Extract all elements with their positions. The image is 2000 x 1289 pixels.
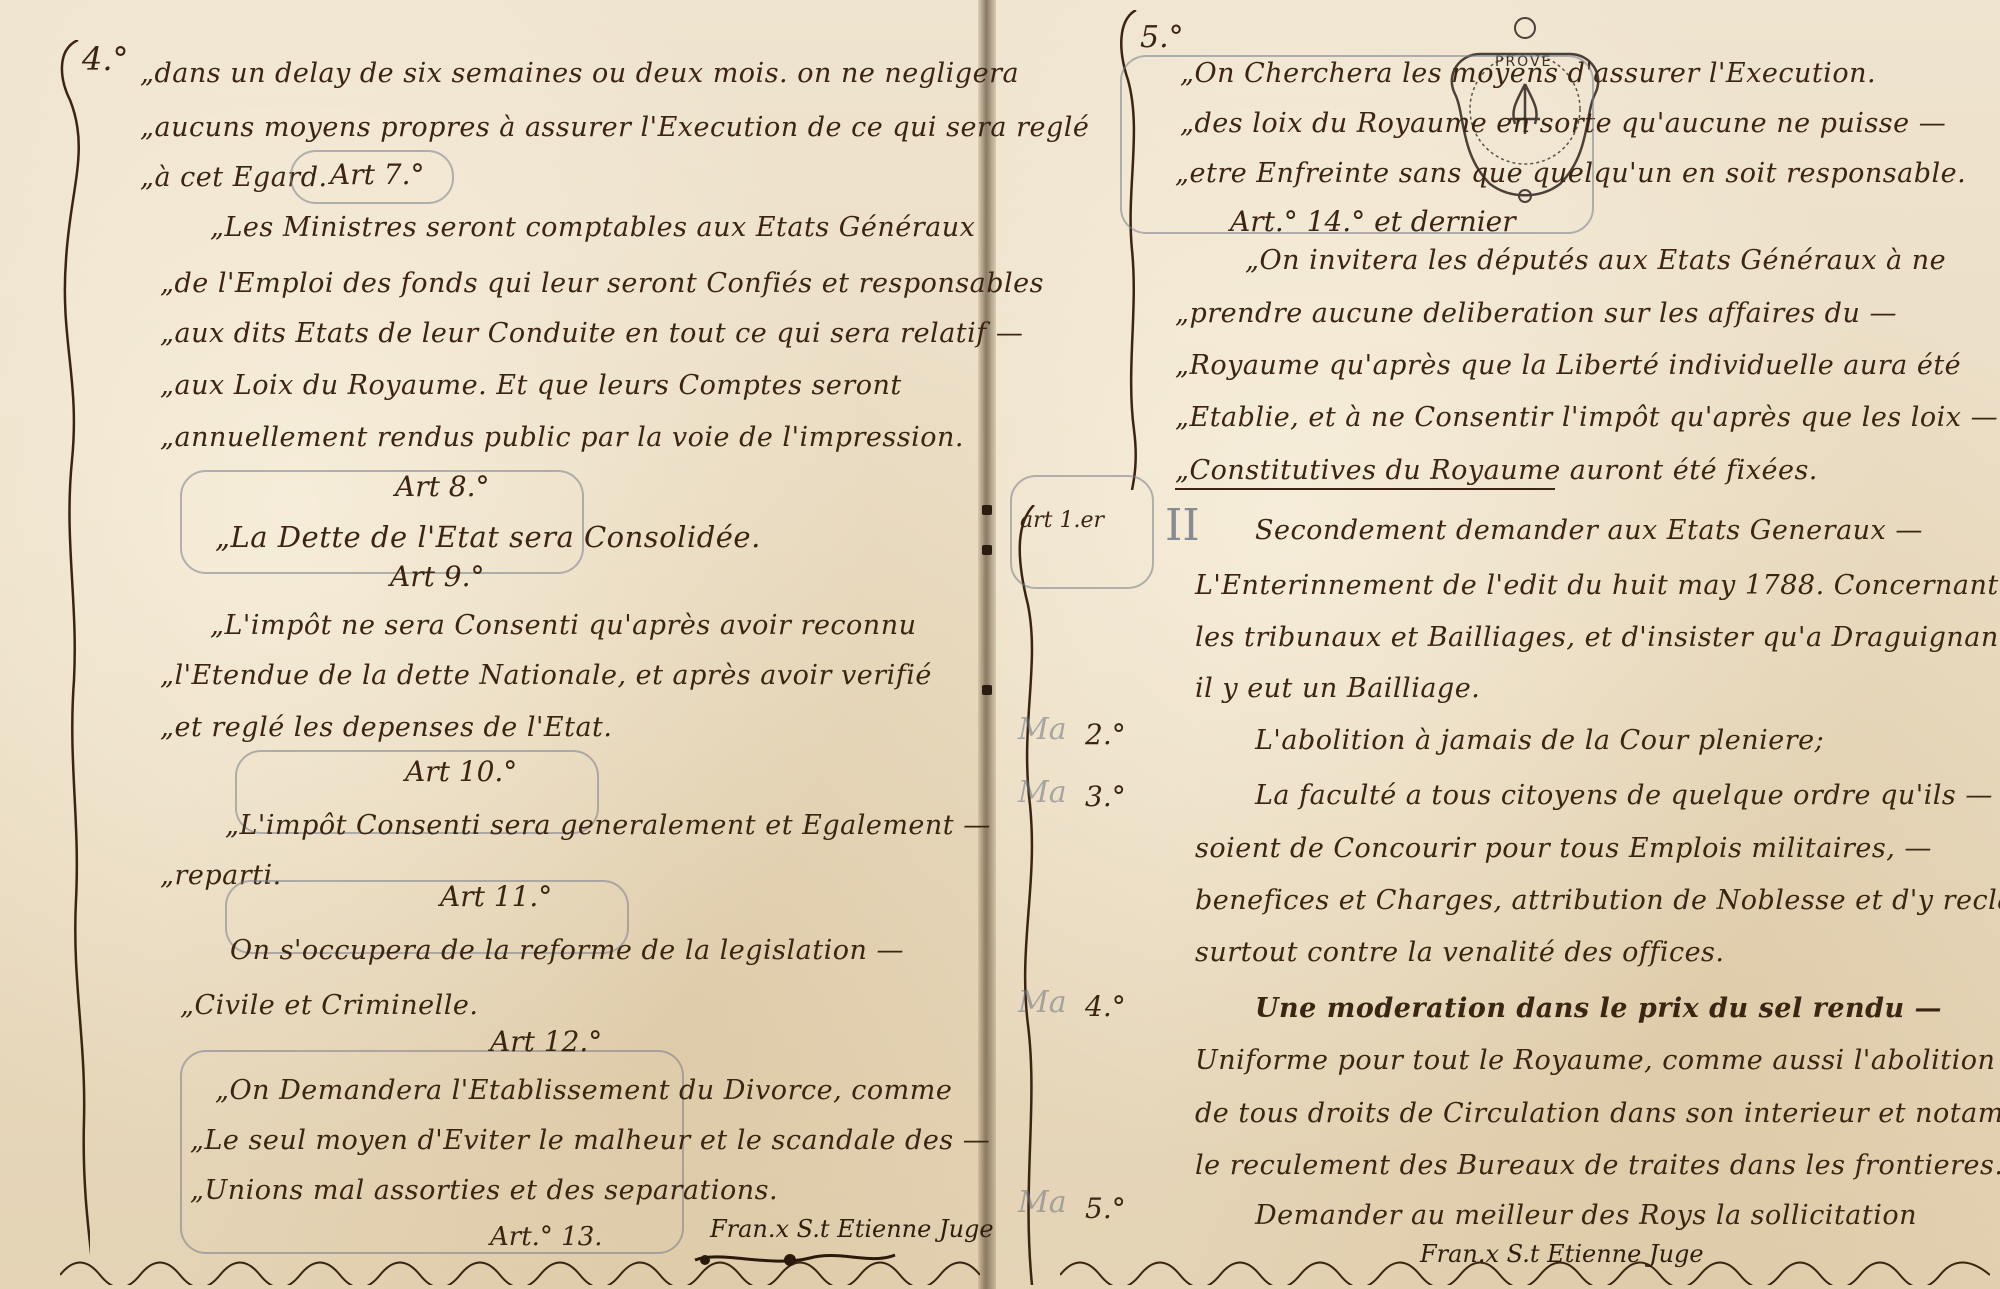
- text-line: Une moderation dans le prix du sel rendu…: [1255, 993, 1942, 1024]
- text-line: „prendre aucune deliberation sur les aff…: [1175, 298, 1897, 329]
- text-line: benefices et Charges, attribution de Nob…: [1195, 885, 2000, 916]
- item-number: 5.°: [1085, 1192, 1126, 1225]
- text-line: „et reglé les depenses de l'Etat.: [160, 712, 613, 743]
- binding-stitch: [982, 545, 992, 555]
- article-heading: Art.° 14.° et dernier: [1230, 205, 1516, 238]
- section-number: 4.°: [82, 40, 129, 78]
- text-line: „aux Loix du Royaume. Et que leurs Compt…: [160, 370, 902, 401]
- article-heading: Art 10.°: [405, 755, 517, 788]
- text-line: „On Demandera l'Etablissement du Divorce…: [215, 1075, 952, 1106]
- text-line: de tous droits de Circulation dans son i…: [1195, 1098, 2000, 1129]
- text-line: „L'impôt ne sera Consenti qu'après avoir…: [210, 610, 916, 641]
- article-heading: Art 11.°: [440, 880, 552, 913]
- text-line: surtout contre la venalité des offices.: [1195, 937, 1725, 968]
- text-line: „Les Ministres seront comptables aux Eta…: [210, 212, 975, 243]
- text-line: Demander au meilleur des Roys la sollici…: [1255, 1200, 1917, 1231]
- binding-stitch: [982, 685, 992, 695]
- text-line: il y eut un Bailliage.: [1195, 673, 1480, 704]
- item-number: 3.°: [1085, 780, 1126, 813]
- text-line: „de l'Emploi des fonds qui leur seront C…: [160, 268, 1044, 299]
- text-line: „La Dette de l'Etat sera Consolidée.: [215, 520, 761, 554]
- text-line: „aucuns moyens propres à assurer l'Execu…: [140, 112, 1089, 143]
- text-line: „dans un delay de six semaines ou deux m…: [140, 58, 1019, 89]
- text-line: les tribunaux et Bailliages, et d'insist…: [1195, 622, 1999, 653]
- text-line: „Le seul moyen d'Eviter le malheur et le…: [190, 1125, 990, 1156]
- article-heading: Art 9.°: [390, 560, 484, 593]
- pencil-margin-mark: Ma: [1018, 985, 1067, 1020]
- text-line: „Etablie, et à ne Consentir l'impôt qu'a…: [1175, 402, 1998, 433]
- left-margin-brace: [50, 40, 90, 1280]
- signature: Fran.x S.t Etienne Juge: [1420, 1240, 1704, 1268]
- signature: Fran.x S.t Etienne Juge: [710, 1215, 994, 1243]
- text-line: „l'Etendue de la dette Nationale, et apr…: [160, 660, 932, 691]
- text-line: „Royaume qu'après que la Liberté individ…: [1175, 350, 1961, 381]
- article-heading: Art.° 13.: [490, 1222, 603, 1252]
- text-line: Uniforme pour tout le Royaume, comme aus…: [1195, 1045, 1995, 1076]
- margin-article-label: art 1.er: [1020, 508, 1104, 533]
- signature-flourish: [690, 1240, 900, 1270]
- text-line: „Constitutives du Royaume auront été fix…: [1175, 455, 1818, 486]
- text-line: soient de Concourir pour tous Emplois mi…: [1195, 833, 1932, 864]
- pencil-margin-mark: Ma: [1018, 1185, 1067, 1220]
- article-heading: Art 12.°: [490, 1025, 602, 1058]
- text-line: „annuellement rendus public par la voie …: [160, 422, 964, 453]
- roman-numeral-marker: II: [1165, 500, 1200, 551]
- article-heading: Art 7.°: [330, 158, 424, 191]
- text-line: „aux dits Etats de leur Conduite en tout…: [160, 318, 1023, 349]
- book-gutter: [978, 0, 996, 1289]
- item-number: 4.°: [1085, 990, 1126, 1023]
- text-line: La faculté a tous citoyens de quelque or…: [1255, 780, 1993, 811]
- text-line: Secondement demander aux Etats Generaux …: [1255, 515, 1923, 546]
- text-line: le reculement des Bureaux de traites dan…: [1195, 1150, 2000, 1181]
- section-number: 5.°: [1140, 20, 1184, 55]
- text-line: „Unions mal assorties et des separations…: [190, 1175, 778, 1206]
- section-divider: [1175, 488, 1555, 490]
- text-line: „On invitera les députés aux Etats Génér…: [1245, 245, 1946, 276]
- text-line: On s'occupera de la reforme de la legisl…: [230, 935, 904, 966]
- pencil-margin-mark: Ma: [1018, 775, 1067, 810]
- text-line: „Civile et Criminelle.: [180, 990, 478, 1021]
- article-heading: Art 8.°: [395, 470, 489, 503]
- right-lower-brace: [1010, 505, 1050, 1285]
- pencil-margin-mark: Ma: [1018, 712, 1067, 747]
- text-line: „L'impôt Consenti sera generalement et E…: [225, 810, 991, 841]
- text-line: L'abolition à jamais de la Cour pleniere…: [1255, 725, 1824, 756]
- text-line: L'Enterinnement de l'edit du huit may 17…: [1195, 570, 1999, 601]
- item-number: 2.°: [1085, 718, 1126, 751]
- binding-stitch: [982, 505, 992, 515]
